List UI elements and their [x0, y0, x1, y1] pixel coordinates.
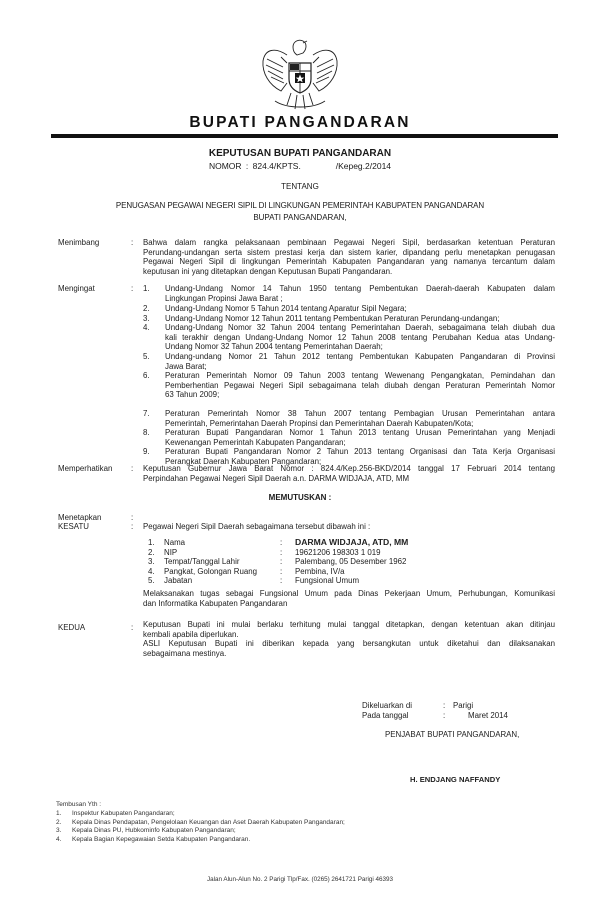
- tembusan-item-number: 1.: [56, 810, 61, 818]
- tembusan-item-number: 3.: [56, 827, 61, 835]
- letterhead-rule: [51, 134, 558, 138]
- memperhatikan-text: Keputusan Gubernur Jawa Barat Nomor : 82…: [143, 464, 555, 483]
- kesatu-intro: Pegawai Negeri Sipil Daerah sebagaimana …: [143, 522, 555, 532]
- decree-tentang: TENTANG: [0, 182, 600, 191]
- detail-colon: :: [280, 567, 282, 577]
- kedua-label: KEDUA: [58, 623, 85, 633]
- detail-num: 1.: [148, 538, 155, 548]
- memperhatikan-label: Memperhatikan: [58, 464, 112, 474]
- date-value: Maret 2014: [468, 711, 508, 721]
- tembusan-item: Kepala Dinas PU, Hubkominfo Kabupaten Pa…: [72, 827, 236, 835]
- mengingat-item-number: 9.: [143, 447, 163, 457]
- mengingat-item: Peraturan Bupati Pangandaran Nomor 1 Tah…: [165, 428, 555, 447]
- date-label: Pada tanggal: [362, 711, 409, 721]
- issued-at-label: Dikeluarkan di: [362, 701, 412, 711]
- kesatu-colon: :: [131, 522, 133, 532]
- mengingat-item: Peraturan Pemerintah Nomor 38 Tahun 2007…: [165, 409, 555, 428]
- detail-colon: :: [280, 557, 282, 567]
- mengingat-item: Undang-Undang Nomor 32 Tahun 2004 tentan…: [165, 323, 555, 352]
- kedua-colon: :: [131, 623, 133, 633]
- detail-label: Tempat/Tanggal Lahir: [164, 557, 239, 567]
- detail-colon: :: [280, 576, 282, 586]
- letterhead-title: BUPATI PANGANDARAN: [0, 114, 600, 132]
- menimbang-colon: :: [131, 238, 133, 248]
- kesatu-label: KESATU: [58, 522, 89, 532]
- detail-value: 19621206 198303 1 019: [295, 548, 381, 558]
- mengingat-item: Peraturan Pemerintah Nomor 09 Tahun 2003…: [165, 371, 555, 400]
- signatory-position: PENJABAT BUPATI PANGANDARAN,: [385, 730, 519, 740]
- date-colon: :: [443, 711, 445, 721]
- issued-at-colon: :: [443, 701, 445, 711]
- memperhatikan-colon: :: [131, 464, 133, 474]
- mengingat-item: Undang-undang Nomor 21 Tahun 2012 tentan…: [165, 352, 555, 371]
- detail-value: Palembang, 05 Desember 1962: [295, 557, 406, 567]
- mengingat-item-number: 7.: [143, 409, 163, 419]
- detail-label: Pangkat, Golongan Ruang: [164, 567, 257, 577]
- mengingat-item: Undang-Undang Nomor 5 Tahun 2014 tentang…: [165, 304, 555, 314]
- detail-num: 4.: [148, 567, 155, 577]
- tembusan-item-number: 4.: [56, 836, 61, 844]
- tembusan-item: Inspektur Kabupaten Pangandaran;: [72, 810, 175, 818]
- issued-at-value: Parigi: [453, 701, 473, 711]
- detail-num: 3.: [148, 557, 155, 567]
- mengingat-item-number: 2.: [143, 304, 163, 314]
- memutuskan-heading: MEMUTUSKAN :: [0, 493, 600, 502]
- detail-label: Jabatan: [164, 576, 192, 586]
- tembusan-item: Kepala Bagian Kepegawaian Setda Kabupate…: [72, 836, 250, 844]
- mengingat-item: Undang-Undang Nomor 14 Tahun 1950 tentan…: [165, 284, 555, 303]
- detail-num: 2.: [148, 548, 155, 558]
- mengingat-colon: :: [131, 284, 133, 294]
- detail-label: NIP: [164, 548, 177, 558]
- mengingat-item-number: 4.: [143, 323, 163, 333]
- decree-number: NOMOR : 824.4/KPTS. /Kepeg.2/2014: [0, 161, 600, 171]
- signatory-name: H. ENDJANG NAFFANDY: [410, 775, 500, 785]
- garuda-emblem-icon: [257, 33, 343, 115]
- decree-authority: BUPATI PANGANDARAN,: [0, 213, 600, 222]
- mengingat-item-number: 6.: [143, 371, 163, 381]
- mengingat-item-number: 5.: [143, 352, 163, 362]
- tembusan-title: Tembusan Yth :: [56, 801, 101, 809]
- menimbang-label: Menimbang: [58, 238, 99, 248]
- detail-label: Nama: [164, 538, 185, 548]
- detail-colon: :: [280, 538, 282, 548]
- kesatu-task: Melaksanakan tugas sebagai Fungsional Um…: [143, 589, 555, 608]
- decree-subject: PENUGASAN PEGAWAI NEGERI SIPIL DI LINGKU…: [0, 201, 600, 210]
- detail-value: Fungsional Umum: [295, 576, 359, 586]
- detail-num: 5.: [148, 576, 155, 586]
- footer-address: Jalan Alun-Alun No. 2 Parigi Tlp/Fax. (0…: [0, 876, 600, 883]
- mengingat-item-number: 1.: [143, 284, 163, 294]
- tembusan-item: Kepala Dinas Pendapatan, Pengelolaan Keu…: [72, 819, 345, 827]
- detail-value: DARMA WIDJAJA, ATD, MM: [295, 538, 408, 548]
- menimbang-text: Bahwa dalam rangka pelaksanaan pembinaan…: [143, 238, 555, 276]
- kedua-text: Keputusan Bupati ini mulai berlaku terhi…: [143, 620, 555, 658]
- detail-value: Pembina, IV/a: [295, 567, 345, 577]
- mengingat-item-number: 8.: [143, 428, 163, 438]
- tembusan-item-number: 2.: [56, 819, 61, 827]
- mengingat-label: Mengingat: [58, 284, 95, 294]
- detail-colon: :: [280, 548, 282, 558]
- decree-title: KEPUTUSAN BUPATI PANGANDARAN: [0, 148, 600, 159]
